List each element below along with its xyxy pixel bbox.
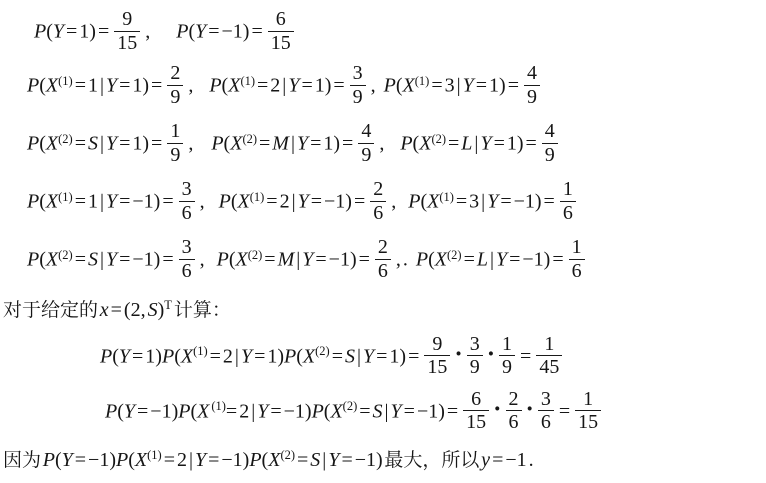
math-text: , bbox=[389, 191, 396, 213]
fraction-denominator: 9 bbox=[542, 143, 558, 165]
fraction: 26 bbox=[370, 179, 386, 223]
math-var: S bbox=[88, 133, 98, 155]
fraction: 36 bbox=[538, 389, 554, 433]
math-var: P bbox=[312, 400, 324, 422]
math-var: P bbox=[217, 249, 229, 271]
fraction-denominator: 9 bbox=[467, 355, 483, 377]
math-var: X bbox=[228, 75, 240, 97]
fraction-numerator: 4 bbox=[358, 121, 374, 142]
fraction: 16 bbox=[560, 179, 576, 223]
superscript: (1) bbox=[58, 74, 73, 88]
math-var: Y bbox=[480, 133, 491, 155]
fraction: 915 bbox=[424, 334, 450, 378]
multiply-dot-icon: · bbox=[493, 396, 501, 423]
math-text: = bbox=[73, 249, 88, 271]
superscript: (2) bbox=[447, 248, 462, 262]
line-content: P(Y = 1) = 915 ,P(Y = −1) = 615 bbox=[34, 11, 297, 55]
fraction-numerator: 4 bbox=[524, 63, 540, 84]
fraction-denominator: 9 bbox=[499, 355, 515, 377]
fraction: 915 bbox=[114, 9, 140, 53]
conditional-x1-given-y-neg1-line: P(X(1) = 1 | Y = −1) = 36 ,P(X(1) = 2 | … bbox=[0, 174, 766, 232]
math-text: = bbox=[518, 345, 533, 367]
fraction: 26 bbox=[506, 389, 522, 433]
math-var: Y bbox=[298, 191, 309, 213]
conditional-x1-given-y1-line: P(X(1) = 1 | Y = 1) = 29 ,P(X(1) = 2 | Y… bbox=[0, 58, 766, 116]
math-var: X bbox=[330, 400, 342, 422]
math-text: = −1) = bbox=[507, 249, 566, 271]
fraction-numerator: 3 bbox=[179, 179, 195, 200]
fraction-numerator: 1 bbox=[167, 121, 183, 142]
fraction-denominator: 9 bbox=[167, 143, 183, 165]
math-var: P bbox=[400, 133, 412, 155]
math-var: y bbox=[481, 449, 490, 471]
math-var: X bbox=[181, 345, 193, 367]
math-text: ( bbox=[39, 133, 46, 155]
superscript: (2) bbox=[248, 248, 263, 262]
math-var: X bbox=[268, 449, 280, 471]
math-text: = 2 | bbox=[264, 191, 297, 213]
fraction-numerator: 3 bbox=[350, 63, 366, 84]
math-var: X bbox=[303, 345, 315, 367]
fraction-denominator: 15 bbox=[114, 31, 140, 53]
math-text: = −1) = bbox=[309, 191, 368, 213]
math-var: Y bbox=[195, 449, 206, 471]
math-text: = 1) = bbox=[64, 21, 111, 43]
spacer bbox=[408, 265, 416, 266]
math-var: X bbox=[435, 249, 447, 271]
fraction: 36 bbox=[179, 237, 195, 281]
superscript: (1) bbox=[250, 190, 265, 204]
math-text: ( bbox=[128, 449, 135, 471]
fraction-numerator: 2 bbox=[370, 179, 386, 200]
math-text: = 1) = bbox=[492, 133, 539, 155]
fraction-denominator: 9 bbox=[524, 85, 540, 107]
fraction-denominator: 15 bbox=[463, 410, 489, 432]
superscript: (1) bbox=[147, 448, 162, 462]
fraction: 49 bbox=[358, 121, 374, 165]
math-text: = 2 | bbox=[255, 75, 288, 97]
math-var: Y bbox=[106, 133, 117, 155]
spacer bbox=[193, 91, 209, 92]
math-var: X bbox=[230, 133, 242, 155]
math-text: = bbox=[330, 345, 345, 367]
line-content: 对于给定的 x = (2, S)T 计算： bbox=[3, 299, 231, 322]
fraction: 29 bbox=[167, 63, 183, 107]
math-var: P bbox=[408, 191, 420, 213]
math-var: Y bbox=[297, 133, 308, 155]
fraction-denominator: 15 bbox=[424, 355, 450, 377]
math-var: Y bbox=[195, 21, 206, 43]
fraction-denominator: 15 bbox=[575, 410, 601, 432]
math-text: = −1 . bbox=[490, 449, 534, 471]
posterior-y-neg1-computation-line: P(Y = −1)P(X (1)= 2 | Y = −1)P(X(2) = S … bbox=[0, 385, 766, 440]
superscript: (2) bbox=[280, 448, 295, 462]
math-text: = 1) = bbox=[474, 75, 521, 97]
conclusion-line: 因为 P(Y = −1)P(X(1) = 2 | Y = −1)P(X(2) =… bbox=[0, 440, 766, 480]
prior-probability-line: P(Y = 1) = 915 ,P(Y = −1) = 615 bbox=[0, 8, 766, 58]
math-text: ( bbox=[46, 21, 53, 43]
math-text: = 1) = bbox=[299, 75, 346, 97]
conditional-x2-given-y-neg1-line: P(X(2) = S | Y = −1) = 36 ,P(X(2) = M | … bbox=[0, 232, 766, 290]
multiply-dot-icon: · bbox=[454, 341, 462, 368]
math-text: = bbox=[295, 449, 310, 471]
math-text: ( bbox=[117, 400, 124, 422]
fraction-numerator: 3 bbox=[467, 334, 483, 355]
math-var: P bbox=[219, 191, 231, 213]
math-var: Y bbox=[106, 249, 117, 271]
fraction-numerator: 1 bbox=[560, 179, 576, 200]
math-var: P bbox=[178, 400, 190, 422]
math-text: , . bbox=[394, 249, 408, 271]
fraction-denominator: 6 bbox=[538, 410, 554, 432]
math-var: S bbox=[88, 249, 98, 271]
math-text: , bbox=[369, 75, 376, 97]
fraction-numerator: 1 bbox=[499, 334, 515, 355]
fraction-denominator: 6 bbox=[569, 259, 585, 281]
fraction-denominator: 6 bbox=[375, 259, 391, 281]
cjk-text: 因为 bbox=[3, 450, 43, 471]
math-text: ( bbox=[174, 345, 181, 367]
superscript: (2) bbox=[431, 132, 446, 146]
math-var: X bbox=[238, 191, 250, 213]
math-var: Y bbox=[53, 21, 64, 43]
fraction: 145 bbox=[536, 334, 562, 378]
fraction: 19 bbox=[499, 334, 515, 378]
spacer bbox=[376, 91, 384, 92]
fraction: 19 bbox=[167, 121, 183, 165]
superscript: (1) bbox=[211, 399, 226, 413]
given-x-statement-line: 对于给定的 x = (2, S)T 计算： bbox=[0, 290, 766, 330]
math-text: = 1 | bbox=[73, 191, 106, 213]
math-text: = bbox=[257, 133, 272, 155]
fraction: 615 bbox=[268, 9, 294, 53]
math-text: ( bbox=[231, 191, 238, 213]
math-var: S bbox=[310, 449, 320, 471]
math-text: ( bbox=[39, 191, 46, 213]
spacer bbox=[150, 37, 176, 38]
math-text: | bbox=[98, 133, 106, 155]
superscript: (2) bbox=[343, 399, 358, 413]
fraction-denominator: 9 bbox=[350, 85, 366, 107]
superscript: T bbox=[164, 298, 172, 312]
math-text: = −1) = bbox=[206, 21, 265, 43]
math-text: = −1) = bbox=[313, 249, 372, 271]
fraction-numerator: 1 bbox=[580, 389, 596, 410]
fraction-numerator: 1 bbox=[541, 334, 557, 355]
fraction-denominator: 9 bbox=[358, 143, 374, 165]
fraction-numerator: 4 bbox=[542, 121, 558, 142]
math-var: X bbox=[197, 400, 209, 422]
math-var: Y bbox=[106, 75, 117, 97]
fraction: 115 bbox=[575, 389, 601, 433]
math-text: = −1) = bbox=[117, 191, 176, 213]
math-var: P bbox=[116, 449, 128, 471]
spacer bbox=[193, 149, 211, 150]
math-text: = 3 | bbox=[454, 191, 487, 213]
math-var: P bbox=[209, 75, 221, 97]
math-var: P bbox=[249, 449, 261, 471]
math-var: x bbox=[100, 299, 109, 321]
line-content: P(Y = −1)P(X (1)= 2 | Y = −1)P(X(2) = S … bbox=[105, 391, 604, 435]
line-content: P(X(2) = S | Y = −1) = 36 ,P(X(2) = M | … bbox=[27, 239, 588, 283]
math-text: = 1) = bbox=[117, 75, 164, 97]
line-content: P(X(1) = 1 | Y = −1) = 36 ,P(X(1) = 2 | … bbox=[27, 181, 579, 225]
spacer bbox=[384, 149, 400, 150]
math-text: = 1) = bbox=[308, 133, 355, 155]
line-content: 因为 P(Y = −1)P(X(1) = 2 | Y = −1)P(X(2) =… bbox=[3, 449, 534, 472]
superscript: (2) bbox=[315, 344, 330, 358]
math-text: ( bbox=[229, 249, 236, 271]
math-text: = 3 | bbox=[429, 75, 462, 97]
math-text: = −1) = bbox=[402, 400, 461, 422]
line-content: P(X(2) = S | Y = 1) = 19 ,P(X(2) = M | Y… bbox=[27, 123, 561, 167]
conditional-x2-given-y1-line: P(X(2) = S | Y = 1) = 19 ,P(X(2) = M | Y… bbox=[0, 116, 766, 174]
math-var: X bbox=[46, 133, 58, 155]
math-var: Y bbox=[62, 449, 73, 471]
math-text: , bbox=[198, 249, 205, 271]
math-var: X bbox=[236, 249, 248, 271]
math-var: X bbox=[403, 75, 415, 97]
math-text: = 1) bbox=[130, 345, 162, 367]
fraction-numerator: 2 bbox=[167, 63, 183, 84]
math-var: M bbox=[272, 133, 289, 155]
math-text: = 2 | bbox=[162, 449, 195, 471]
fraction: 49 bbox=[542, 121, 558, 165]
fraction: 36 bbox=[179, 179, 195, 223]
math-var: P bbox=[176, 21, 188, 43]
spacer bbox=[396, 207, 408, 208]
fraction: 16 bbox=[569, 237, 585, 281]
math-var: P bbox=[162, 345, 174, 367]
math-var: P bbox=[284, 345, 296, 367]
math-text: = −1) = bbox=[117, 249, 176, 271]
fraction: 615 bbox=[463, 389, 489, 433]
fraction-denominator: 9 bbox=[167, 85, 183, 107]
math-text: = bbox=[262, 249, 277, 271]
math-var: X bbox=[46, 249, 58, 271]
math-var: Y bbox=[363, 345, 374, 367]
math-text: = 1) bbox=[252, 345, 284, 367]
math-var: P bbox=[100, 345, 112, 367]
fraction-denominator: 15 bbox=[268, 31, 294, 53]
fraction-denominator: 6 bbox=[560, 201, 576, 223]
math-text: = bbox=[357, 400, 372, 422]
math-text: = bbox=[73, 133, 88, 155]
cjk-text: 对于给定的 bbox=[3, 300, 100, 321]
math-var: S bbox=[148, 299, 158, 321]
fraction-numerator: 3 bbox=[179, 237, 195, 258]
math-text: , bbox=[198, 191, 205, 213]
math-var: S bbox=[373, 400, 383, 422]
fraction: 39 bbox=[467, 334, 483, 378]
math-text: , bbox=[186, 75, 193, 97]
math-var: L bbox=[477, 249, 488, 271]
spacer bbox=[205, 265, 217, 266]
math-var: Y bbox=[487, 191, 498, 213]
superscript: (2) bbox=[58, 248, 73, 262]
line-content: P(X(1) = 1 | Y = 1) = 29 ,P(X(1) = 2 | Y… bbox=[27, 65, 543, 109]
math-text: | bbox=[488, 249, 496, 271]
math-var: P bbox=[27, 133, 39, 155]
fraction: 49 bbox=[524, 63, 540, 107]
math-var: Y bbox=[241, 345, 252, 367]
math-text: = −1) bbox=[206, 449, 249, 471]
math-var: Y bbox=[119, 345, 130, 367]
math-var: M bbox=[278, 249, 295, 271]
superscript: (1) bbox=[439, 190, 454, 204]
math-text: = bbox=[557, 400, 572, 422]
math-text: ( bbox=[296, 345, 303, 367]
math-var: X bbox=[419, 133, 431, 155]
math-text: ( bbox=[39, 249, 46, 271]
math-text: = 2 | bbox=[226, 400, 257, 422]
math-text: ( bbox=[55, 449, 62, 471]
math-text: = −1) bbox=[73, 449, 116, 471]
math-var: Y bbox=[302, 249, 313, 271]
fraction-numerator: 2 bbox=[506, 389, 522, 410]
line-content: P(Y = 1)P(X(1) = 2 | Y = 1)P(X(2) = S | … bbox=[100, 336, 565, 380]
math-text: = −1) bbox=[135, 400, 178, 422]
math-var: Y bbox=[496, 249, 507, 271]
math-var: P bbox=[384, 75, 396, 97]
math-var: X bbox=[46, 75, 58, 97]
math-var: Y bbox=[106, 191, 117, 213]
cjk-text: 最大，所以 bbox=[383, 450, 482, 471]
math-var: S bbox=[345, 345, 355, 367]
math-var: Y bbox=[391, 400, 402, 422]
math-var: L bbox=[461, 133, 472, 155]
math-var: P bbox=[34, 21, 46, 43]
math-text: = bbox=[462, 249, 477, 271]
math-text: = (2, bbox=[109, 299, 148, 321]
math-text: ( bbox=[428, 249, 435, 271]
math-text: = 2 | bbox=[208, 345, 241, 367]
math-text: = 1 | bbox=[73, 75, 106, 97]
math-var: P bbox=[105, 400, 117, 422]
math-text: | bbox=[383, 400, 391, 422]
math-var: Y bbox=[124, 400, 135, 422]
math-var: X bbox=[427, 191, 439, 213]
math-var: P bbox=[27, 249, 39, 271]
math-text: , bbox=[377, 133, 384, 155]
math-text: ( bbox=[39, 75, 46, 97]
fraction-numerator: 1 bbox=[569, 237, 585, 258]
fraction-numerator: 6 bbox=[468, 389, 484, 410]
math-var: X bbox=[135, 449, 147, 471]
math-var: P bbox=[43, 449, 55, 471]
fraction-numerator: 9 bbox=[119, 9, 135, 30]
math-text: = 1) = bbox=[374, 345, 421, 367]
fraction: 26 bbox=[375, 237, 391, 281]
fraction-denominator: 6 bbox=[179, 201, 195, 223]
math-text: , bbox=[143, 21, 150, 43]
math-var: P bbox=[27, 191, 39, 213]
math-text: , bbox=[186, 133, 193, 155]
math-text: = bbox=[446, 133, 461, 155]
math-var: Y bbox=[288, 75, 299, 97]
superscript: (1) bbox=[240, 74, 255, 88]
superscript: (2) bbox=[242, 132, 257, 146]
math-var: P bbox=[27, 75, 39, 97]
math-text: ( bbox=[112, 345, 119, 367]
fraction-denominator: 6 bbox=[506, 410, 522, 432]
multiply-dot-icon: · bbox=[487, 341, 495, 368]
math-var: Y bbox=[257, 400, 268, 422]
superscript: (2) bbox=[58, 132, 73, 146]
fraction-denominator: 6 bbox=[370, 201, 386, 223]
fraction-denominator: 6 bbox=[179, 259, 195, 281]
fraction-numerator: 2 bbox=[375, 237, 391, 258]
fraction-numerator: 3 bbox=[538, 389, 554, 410]
math-text: | bbox=[98, 249, 106, 271]
math-text: | bbox=[355, 345, 363, 367]
fraction-denominator: 45 bbox=[536, 355, 562, 377]
math-var: P bbox=[416, 249, 428, 271]
cjk-text: 计算： bbox=[174, 300, 231, 321]
superscript: (1) bbox=[415, 74, 430, 88]
superscript: (1) bbox=[193, 344, 208, 358]
document-page: P(Y = 1) = 915 ,P(Y = −1) = 615P(X(1) = … bbox=[0, 0, 766, 483]
posterior-y1-computation-line: P(Y = 1)P(X(1) = 2 | Y = 1)P(X(2) = S | … bbox=[0, 330, 766, 385]
math-var: Y bbox=[463, 75, 474, 97]
multiply-dot-icon: · bbox=[526, 396, 534, 423]
spacer bbox=[205, 207, 219, 208]
fraction-numerator: 9 bbox=[429, 334, 445, 355]
fraction: 39 bbox=[350, 63, 366, 107]
math-text: | bbox=[289, 133, 297, 155]
math-text: = 1) = bbox=[117, 133, 164, 155]
math-text: = −1) bbox=[339, 449, 382, 471]
math-var: Y bbox=[328, 449, 339, 471]
math-text: = −1) = bbox=[498, 191, 557, 213]
math-var: P bbox=[211, 133, 223, 155]
math-text: = −1) bbox=[268, 400, 311, 422]
math-text: ( bbox=[396, 75, 403, 97]
fraction-numerator: 6 bbox=[273, 9, 289, 30]
superscript: (1) bbox=[58, 190, 73, 204]
math-var: X bbox=[46, 191, 58, 213]
